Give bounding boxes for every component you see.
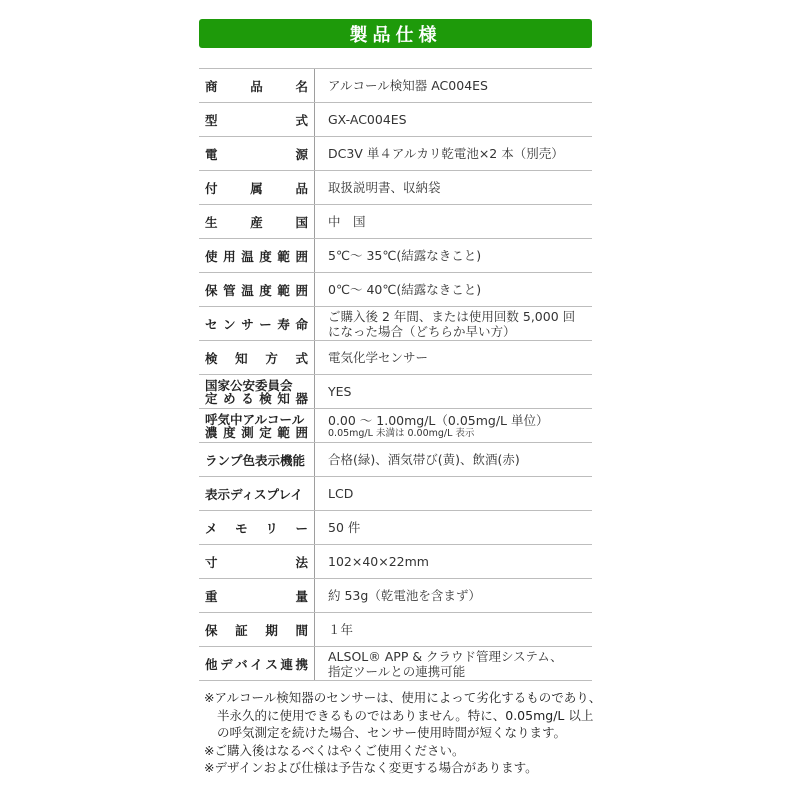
- spec-label: ランプ色表示機能: [199, 443, 315, 476]
- label-char: 定: [259, 426, 272, 439]
- spec-value: 取扱説明書、収納袋: [315, 171, 592, 204]
- value-text: ご購入後 2 年間、または使用回数 5,000 回: [328, 309, 592, 324]
- value-text: LCD: [328, 486, 592, 501]
- label-char: ー: [295, 519, 308, 537]
- label-char: 度: [259, 247, 272, 265]
- label-char: 器: [295, 392, 308, 405]
- value-text: 約 53g（乾電池を含まず）: [328, 588, 592, 603]
- label-char: 量: [295, 587, 308, 605]
- spec-row-memory: メ モ リ ー 50 件: [199, 511, 592, 545]
- label-text: 表示ディスプレイ: [205, 485, 303, 503]
- label-char: 濃: [205, 426, 218, 439]
- label-line: 国家公安委員会: [205, 379, 293, 392]
- spec-row-display: 表示ディスプレイ LCD: [199, 477, 592, 511]
- spec-value: 約 53g（乾電池を含まず）: [315, 579, 592, 612]
- label-char: 生: [205, 213, 218, 231]
- spec-value: アルコール検知器 AC004ES: [315, 69, 592, 102]
- label-char: 連: [280, 655, 293, 673]
- section-title: 製品仕様: [350, 21, 442, 47]
- footnote-line: ※アルコール検知器のセンサーは、使用によって劣化するものであり、: [204, 689, 604, 707]
- label-char: 間: [295, 621, 308, 639]
- spec-value: 電気化学センサー: [315, 341, 592, 374]
- spec-row-lamp-color: ランプ色表示機能 合格(緑)、酒気帯び(黄)、飲酒(赤): [199, 443, 592, 477]
- spec-value: ALSOL® APP & クラウド管理システム、 指定ツールとの連携可能: [315, 647, 592, 680]
- value-text: アルコール検知器 AC004ES: [328, 78, 592, 93]
- label-char: 範: [277, 281, 290, 299]
- label-char: ン: [223, 315, 236, 333]
- value-text: 5℃～ 35℃(結露なきこと): [328, 248, 592, 263]
- label-char: 品: [295, 179, 308, 197]
- footnotes: ※アルコール検知器のセンサーは、使用によって劣化するものであり、 半永久的に使用…: [204, 689, 604, 777]
- spec-label: 付 属 品: [199, 171, 315, 204]
- spec-label: 重 量: [199, 579, 315, 612]
- label-char: モ: [235, 519, 248, 537]
- label-char: 国: [295, 213, 308, 231]
- spec-row-measurement-range: 呼気中アルコール 濃 度 測 定 範 囲 0.00 ～ 1.00mg/L（0.0…: [199, 409, 592, 443]
- spec-label: 保 管 温 度 範 囲: [199, 273, 315, 306]
- value-text: YES: [328, 384, 592, 399]
- footnote-line: 半永久的に使用できるものではありません。特に、0.05mg/L 以上: [204, 707, 604, 725]
- label-char: 産: [250, 213, 263, 231]
- spec-label: メ モ リ ー: [199, 511, 315, 544]
- spec-row-public-safety-certified: 国家公安委員会 定 め る 検 知 器 YES: [199, 375, 592, 409]
- spec-label: 表示ディスプレイ: [199, 477, 315, 510]
- label-char: 囲: [295, 281, 308, 299]
- spec-value: １年: [315, 613, 592, 646]
- label-char: 囲: [295, 426, 308, 439]
- label-char: 重: [205, 587, 218, 605]
- value-text: 電気化学センサー: [328, 350, 592, 365]
- spec-row-product-name: 商 品 名 アルコール検知器 AC004ES: [199, 69, 592, 103]
- label-char: 知: [277, 392, 290, 405]
- spec-row-model: 型 式 GX-AC004ES: [199, 103, 592, 137]
- footnote-line: ※ご購入後はなるべくはやくご使用ください。: [204, 742, 604, 760]
- footnote-line: ※デザインおよび仕様は予告なく変更する場合があります。: [204, 759, 604, 777]
- value-note: 0.05mg/L 未満は 0.00mg/L 表示: [328, 428, 592, 439]
- label-char: 範: [277, 247, 290, 265]
- spec-row-detection-method: 検 知 方 式 電気化学センサー: [199, 341, 592, 375]
- label-char: 式: [295, 349, 308, 367]
- label-char: 電: [205, 145, 218, 163]
- label-char: セ: [205, 315, 218, 333]
- label-char: 温: [241, 281, 254, 299]
- spec-row-warranty: 保 証 期 間 １年: [199, 613, 592, 647]
- label-char: 保: [205, 621, 218, 639]
- label-char: ス: [265, 655, 278, 673]
- label-char: 命: [295, 315, 308, 333]
- label-char: イ: [250, 655, 263, 673]
- spec-value: DC3V 単４アルカリ乾電池×2 本（別売）: [315, 137, 592, 170]
- spec-value: 0℃～ 40℃(結露なきこと): [315, 273, 592, 306]
- spec-label: 寸 法: [199, 545, 315, 578]
- spec-row-power: 電 源 DC3V 単４アルカリ乾電池×2 本（別売）: [199, 137, 592, 171]
- spec-value: GX-AC004ES: [315, 103, 592, 136]
- spec-label: 呼気中アルコール 濃 度 測 定 範 囲: [199, 409, 315, 442]
- label-char: 源: [295, 145, 308, 163]
- label-char: 付: [205, 179, 218, 197]
- label-char: 期: [265, 621, 278, 639]
- label-char: 検: [205, 349, 218, 367]
- label-char: 寿: [277, 315, 290, 333]
- label-char: 知: [235, 349, 248, 367]
- spec-value: 50 件: [315, 511, 592, 544]
- label-char: 式: [295, 111, 308, 129]
- spec-label: セ ン サ ー 寿 命: [199, 307, 315, 340]
- value-text: GX-AC004ES: [328, 112, 592, 127]
- value-text: 合格(緑)、酒気帯び(黄)、飲酒(赤): [328, 452, 592, 467]
- spec-row-operating-temp: 使 用 温 度 範 囲 5℃～ 35℃(結露なきこと): [199, 239, 592, 273]
- spec-row-weight: 重 量 約 53g（乾電池を含まず）: [199, 579, 592, 613]
- spec-value: 中 国: [315, 205, 592, 238]
- value-text: 0℃～ 40℃(結露なきこと): [328, 282, 592, 297]
- label-char: 商: [205, 77, 218, 95]
- spec-label: 他 デ バ イ ス 連 携: [199, 647, 315, 680]
- label-char: る: [241, 392, 254, 405]
- spec-row-dimensions: 寸 法 102×40×22mm: [199, 545, 592, 579]
- value-text: 102×40×22mm: [328, 554, 592, 569]
- label-char: 用: [223, 247, 236, 265]
- spec-row-accessories: 付 属 品 取扱説明書、収納袋: [199, 171, 592, 205]
- label-char: 測: [241, 426, 254, 439]
- label-char: 寸: [205, 553, 218, 571]
- spec-value: 102×40×22mm: [315, 545, 592, 578]
- label-char: 度: [259, 281, 272, 299]
- spec-value: YES: [315, 375, 592, 408]
- spec-value: 合格(緑)、酒気帯び(黄)、飲酒(赤): [315, 443, 592, 476]
- label-text: ランプ色表示機能: [205, 451, 305, 469]
- value-text: 中 国: [328, 214, 592, 229]
- value-text: ALSOL® APP & クラウド管理システム、: [328, 649, 592, 664]
- label-char: 法: [295, 553, 308, 571]
- label-char: 検: [259, 392, 272, 405]
- spec-row-country: 生 産 国 中 国: [199, 205, 592, 239]
- spec-label: 保 証 期 間: [199, 613, 315, 646]
- value-text: 指定ツールとの連携可能: [328, 664, 592, 679]
- value-text: 50 件: [328, 520, 592, 535]
- spec-label: 型 式: [199, 103, 315, 136]
- spec-label: 商 品 名: [199, 69, 315, 102]
- value-text: になった場合（どちらか早い方）: [328, 324, 592, 339]
- label-char: 型: [205, 111, 218, 129]
- label-char: 品: [250, 77, 263, 95]
- label-char: デ: [220, 655, 233, 673]
- spec-row-sensor-life: セ ン サ ー 寿 命 ご購入後 2 年間、または使用回数 5,000 回 にな…: [199, 307, 592, 341]
- spec-label: 使 用 温 度 範 囲: [199, 239, 315, 272]
- label-char: 名: [295, 77, 308, 95]
- label-char: 証: [235, 621, 248, 639]
- spec-value: 5℃～ 35℃(結露なきこと): [315, 239, 592, 272]
- label-char: バ: [235, 655, 248, 673]
- label-char: 使: [205, 247, 218, 265]
- label-char: 度: [223, 426, 236, 439]
- label-char: メ: [205, 519, 218, 537]
- spec-value: ご購入後 2 年間、または使用回数 5,000 回 になった場合（どちらか早い方…: [315, 307, 592, 340]
- spec-value: LCD: [315, 477, 592, 510]
- label-char: 範: [277, 426, 290, 439]
- spec-label: 検 知 方 式: [199, 341, 315, 374]
- label-char: 定: [205, 392, 218, 405]
- label-char: リ: [265, 519, 278, 537]
- label-char: 属: [250, 179, 263, 197]
- spec-label: 生 産 国: [199, 205, 315, 238]
- spec-label: 電 源: [199, 137, 315, 170]
- label-char: ー: [259, 315, 272, 333]
- label-char: 囲: [295, 247, 308, 265]
- label-line: 呼気中アルコール: [205, 413, 304, 426]
- section-header: 製品仕様: [199, 19, 592, 48]
- value-text: DC3V 単４アルカリ乾電池×2 本（別売）: [328, 146, 592, 161]
- spec-row-device-integration: 他 デ バ イ ス 連 携 ALSOL® APP & クラウド管理システム、 指…: [199, 647, 592, 681]
- label-char: 保: [205, 281, 218, 299]
- footnote-line: の呼気測定を続けた場合、センサー使用時間が短くなります。: [204, 724, 604, 742]
- label-char: 他: [205, 655, 218, 673]
- label-char: め: [223, 392, 236, 405]
- label-char: サ: [241, 315, 254, 333]
- value-text: １年: [328, 622, 592, 637]
- spec-row-storage-temp: 保 管 温 度 範 囲 0℃～ 40℃(結露なきこと): [199, 273, 592, 307]
- label-char: 方: [265, 349, 278, 367]
- spec-table: 商 品 名 アルコール検知器 AC004ES 型 式 GX-AC004ES 電 …: [199, 68, 592, 681]
- value-text: 取扱説明書、収納袋: [328, 180, 592, 195]
- label-char: 温: [241, 247, 254, 265]
- value-text: 0.00 ～ 1.00mg/L（0.05mg/L 単位）: [328, 413, 592, 428]
- spec-value: 0.00 ～ 1.00mg/L（0.05mg/L 単位） 0.05mg/L 未満…: [315, 409, 592, 442]
- label-char: 管: [223, 281, 236, 299]
- spec-label: 国家公安委員会 定 め る 検 知 器: [199, 375, 315, 408]
- label-char: 携: [295, 655, 308, 673]
